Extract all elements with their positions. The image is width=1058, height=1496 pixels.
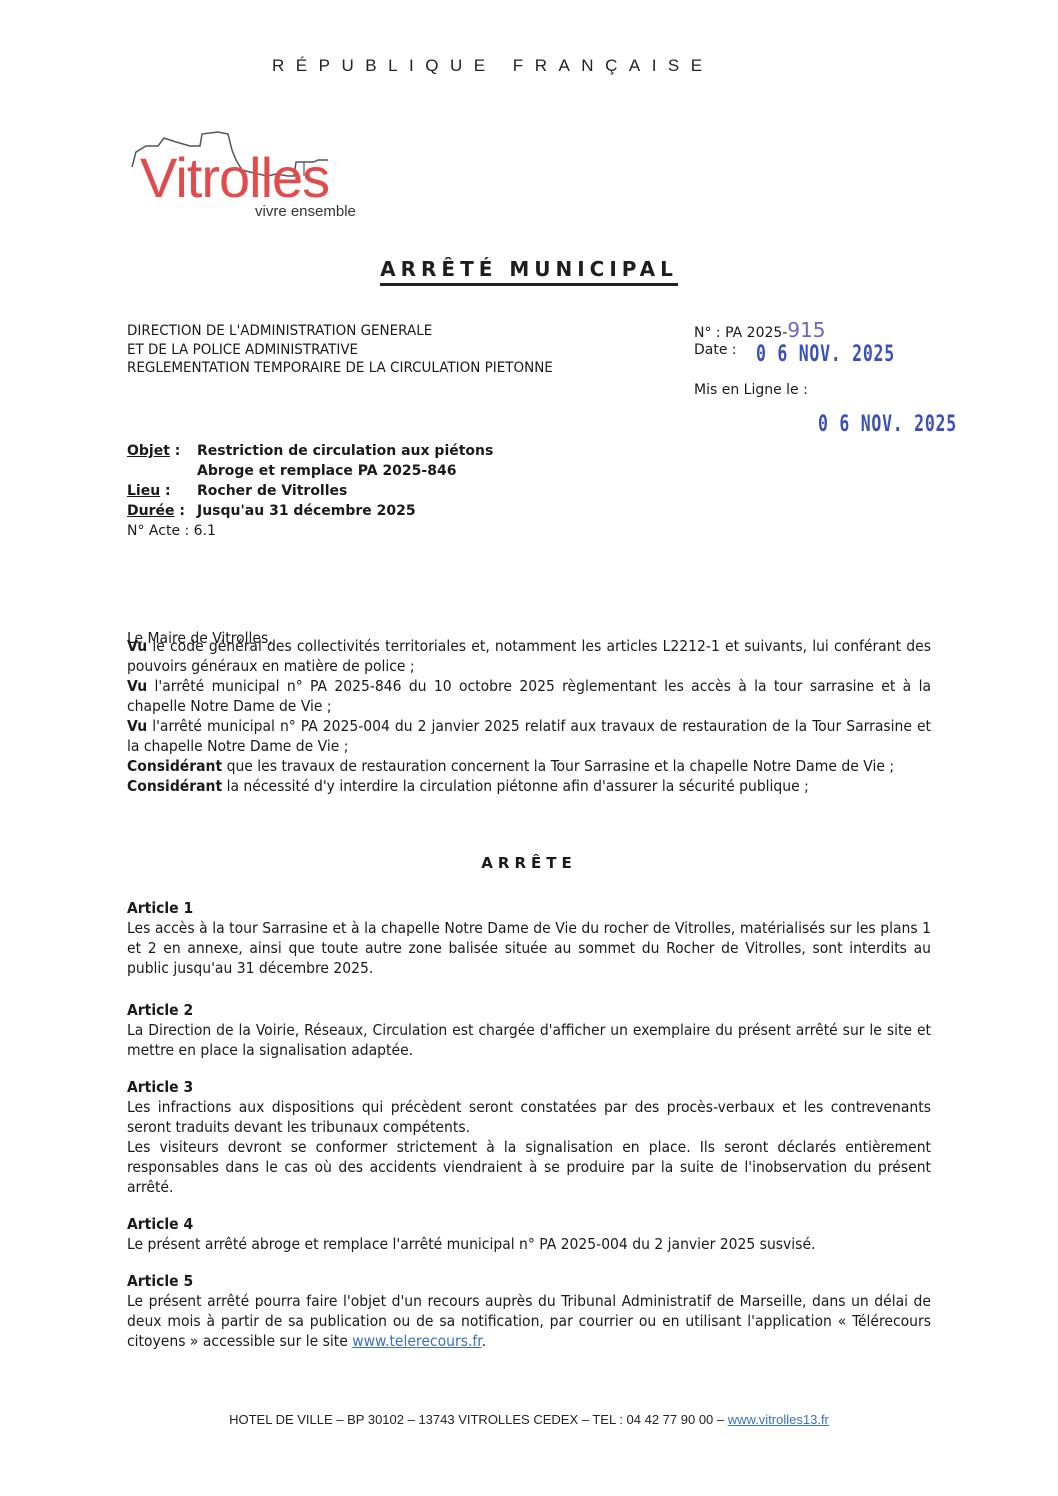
preamble-item: Vu l'arrêté municipal n° PA 2025-846 du … bbox=[127, 676, 931, 716]
preamble-item: Vu le code général des collectivités ter… bbox=[127, 636, 931, 676]
article-text: Le présent arrêté pourra faire l'objet d… bbox=[127, 1291, 931, 1351]
footer: HOTEL DE VILLE – BP 30102 – 13743 VITROL… bbox=[0, 1412, 1058, 1427]
date-stamp: 0 6 NOV. 2025 bbox=[756, 342, 895, 367]
article-text: Les accès à la tour Sarrasine et à la ch… bbox=[127, 918, 931, 978]
logo-tagline: vivre ensemble bbox=[255, 204, 356, 219]
article-title: Article 4 bbox=[127, 1214, 931, 1234]
article-text: Les visiteurs devront se conformer stric… bbox=[127, 1137, 931, 1197]
direction-line: ET DE LA POLICE ADMINISTRATIVE bbox=[127, 341, 553, 360]
arrete-heading: ARRÊTE bbox=[0, 854, 1058, 872]
article-text: Les infractions aux dispositions qui pré… bbox=[127, 1097, 931, 1137]
article-title: Article 3 bbox=[127, 1077, 931, 1097]
objet-line-1: Restriction de circulation aux piétons bbox=[197, 441, 493, 461]
article-text: La Direction de la Voirie, Réseaux, Circ… bbox=[127, 1020, 931, 1060]
preamble-item: Vu l'arrêté municipal n° PA 2025-004 du … bbox=[127, 716, 931, 756]
online-stamp: 0 6 NOV. 2025 bbox=[818, 412, 957, 437]
date-label: Date : bbox=[694, 342, 737, 358]
direction-block: DIRECTION DE L'ADMINISTRATION GENERALE E… bbox=[127, 322, 553, 378]
logo-wordmark: Vitrolles bbox=[140, 150, 329, 206]
online-label: Mis en Ligne le : bbox=[694, 382, 808, 398]
direction-line: REGLEMENTATION TEMPORAIRE DE LA CIRCULAT… bbox=[127, 359, 553, 378]
acte-number: N° Acte : 6.1 bbox=[127, 521, 216, 541]
telerecours-link[interactable]: www.telerecours.fr bbox=[352, 1332, 481, 1350]
article-1: Article 1 Les accès à la tour Sarrasine … bbox=[127, 898, 931, 978]
document-title: ARRÊTÉ MUNICIPAL bbox=[0, 257, 1058, 281]
handwritten-number: 915 bbox=[787, 318, 825, 342]
arrete-number: N° : PA 2025-915 bbox=[694, 318, 826, 342]
vitrolles-logo: Vitrolles vivre ensemble bbox=[128, 122, 388, 226]
preamble-item: Considérant que les travaux de restaurat… bbox=[127, 756, 931, 776]
article-5: Article 5 Le présent arrêté pourra faire… bbox=[127, 1271, 931, 1351]
objet-block: Objet :Restriction de circulation aux pi… bbox=[127, 441, 493, 541]
duree-value: Jusqu'au 31 décembre 2025 bbox=[197, 501, 416, 521]
preamble: Vu le code général des collectivités ter… bbox=[127, 636, 931, 796]
article-3: Article 3 Les infractions aux dispositio… bbox=[127, 1077, 931, 1197]
republique-francaise-header: RÉPUBLIQUE FRANÇAISE bbox=[272, 56, 714, 76]
lieu-value: Rocher de Vitrolles bbox=[197, 481, 347, 501]
objet-line-2: Abroge et remplace PA 2025-846 bbox=[197, 461, 456, 481]
article-title: Article 2 bbox=[127, 1000, 931, 1020]
article-4: Article 4 Le présent arrêté abroge et re… bbox=[127, 1214, 931, 1254]
article-title: Article 5 bbox=[127, 1271, 931, 1291]
direction-line: DIRECTION DE L'ADMINISTRATION GENERALE bbox=[127, 322, 553, 341]
article-title: Article 1 bbox=[127, 898, 931, 918]
article-text: Le présent arrêté abroge et remplace l'a… bbox=[127, 1234, 931, 1254]
vitrolles-website-link[interactable]: www.vitrolles13.fr bbox=[728, 1412, 829, 1427]
preamble-item: Considérant la nécessité d'y interdire l… bbox=[127, 776, 931, 796]
article-2: Article 2 La Direction de la Voirie, Rés… bbox=[127, 1000, 931, 1060]
